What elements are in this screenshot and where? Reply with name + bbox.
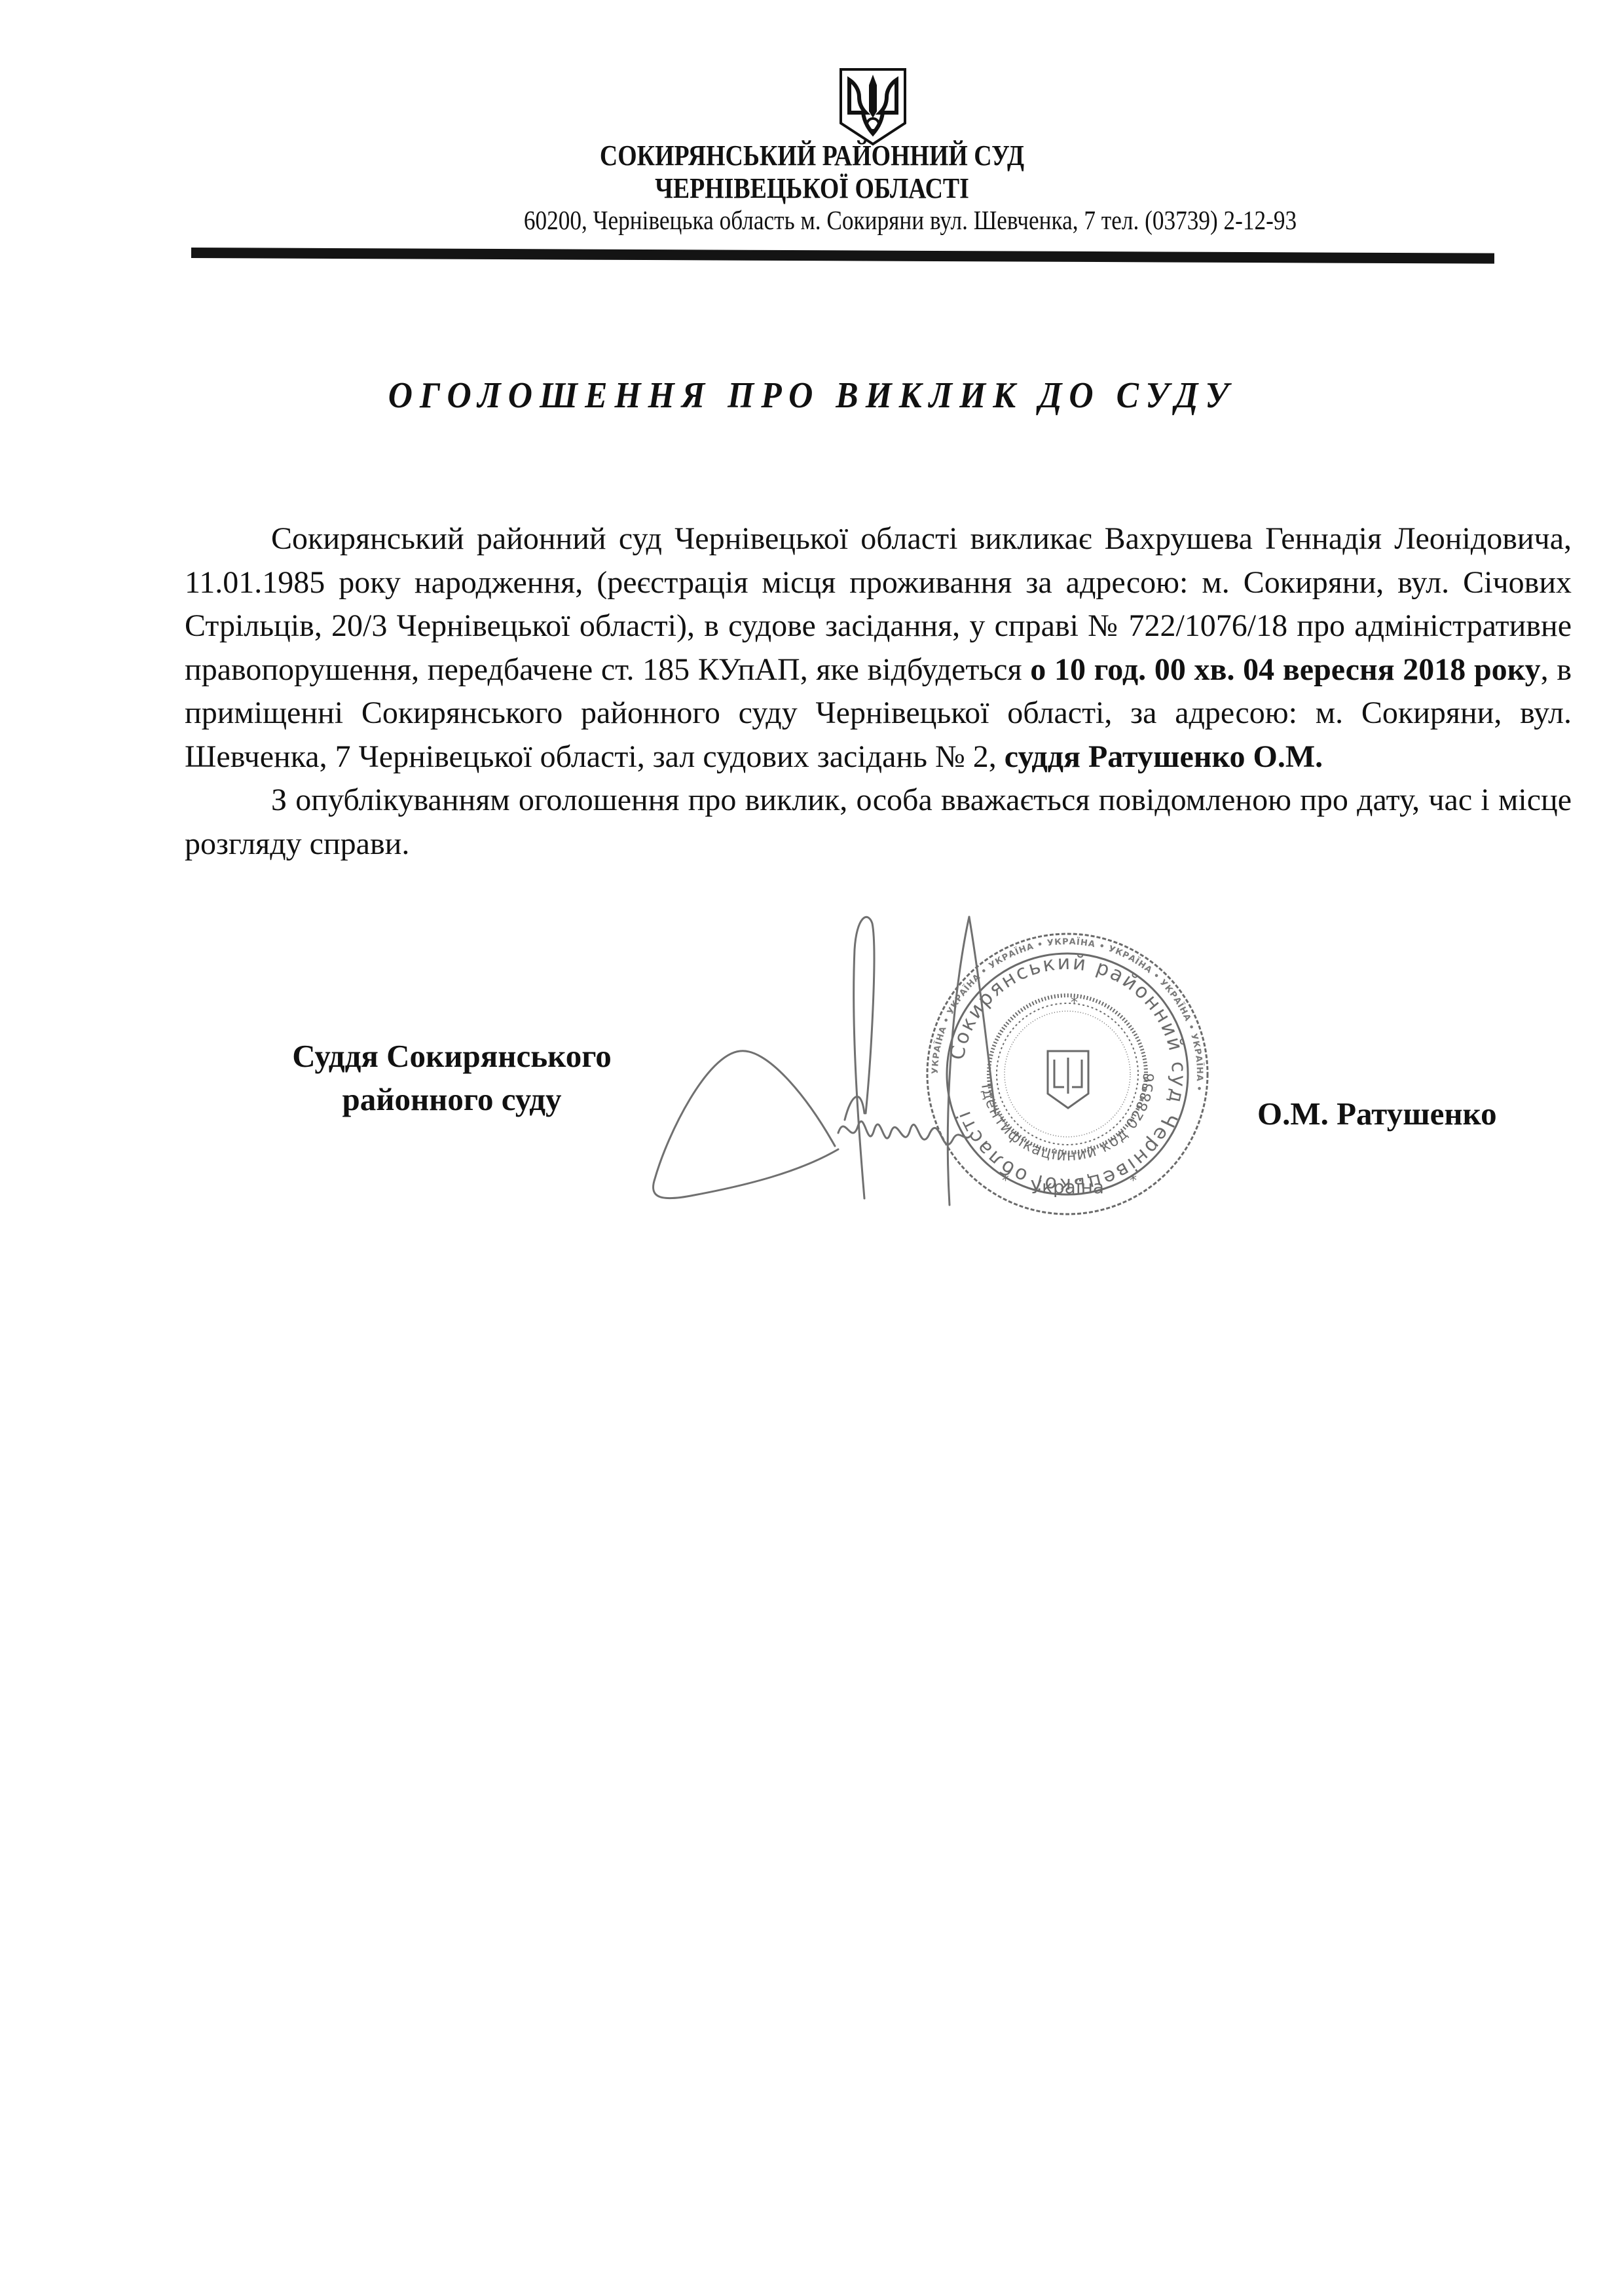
signatory-position-line-1: Суддя Сокирянського [249,1035,655,1078]
document-body: Сокирянський районний суд Чернівецької о… [185,517,1572,866]
header-divider [191,248,1494,264]
court-region: ЧЕРНІВЕЦЬКОЇ ОБЛАСТІ [114,172,1511,205]
document-title: ОГОЛОШЕННЯ ПРО ВИКЛИК ДО СУДУ [65,375,1559,417]
body-paragraph-1: Сокирянський районний суд Чернівецької о… [185,517,1572,779]
body-paragraph-2: З опублікуванням оголошення про виклик, … [185,779,1572,866]
svg-text:*: * [1071,995,1078,1011]
document-page: СОКИРЯНСЬКИЙ РАЙОННИЙ СУД ЧЕРНІВЕЦЬКОЇ О… [0,0,1624,2296]
hearing-datetime: о 10 год. 00 хв. 04 вересня 2018 року [1030,652,1540,687]
handwritten-signature-icon [642,897,1061,1238]
signatory-position: Суддя Сокирянського районного суду [249,1035,655,1121]
signatory-position-line-2: районного суду [249,1078,655,1121]
judge-reference: суддя Ратушенко О.М. [1005,739,1323,774]
trident-emblem-icon [837,65,909,147]
signatory-name: О.М. Ратушенко [1257,1095,1497,1132]
court-address: 60200, Чернівецька область м. Сокиряни в… [212,204,1609,236]
court-name: СОКИРЯНСЬКИЙ РАЙОННИЙ СУД [114,139,1511,172]
svg-text:*: * [1130,1173,1137,1189]
